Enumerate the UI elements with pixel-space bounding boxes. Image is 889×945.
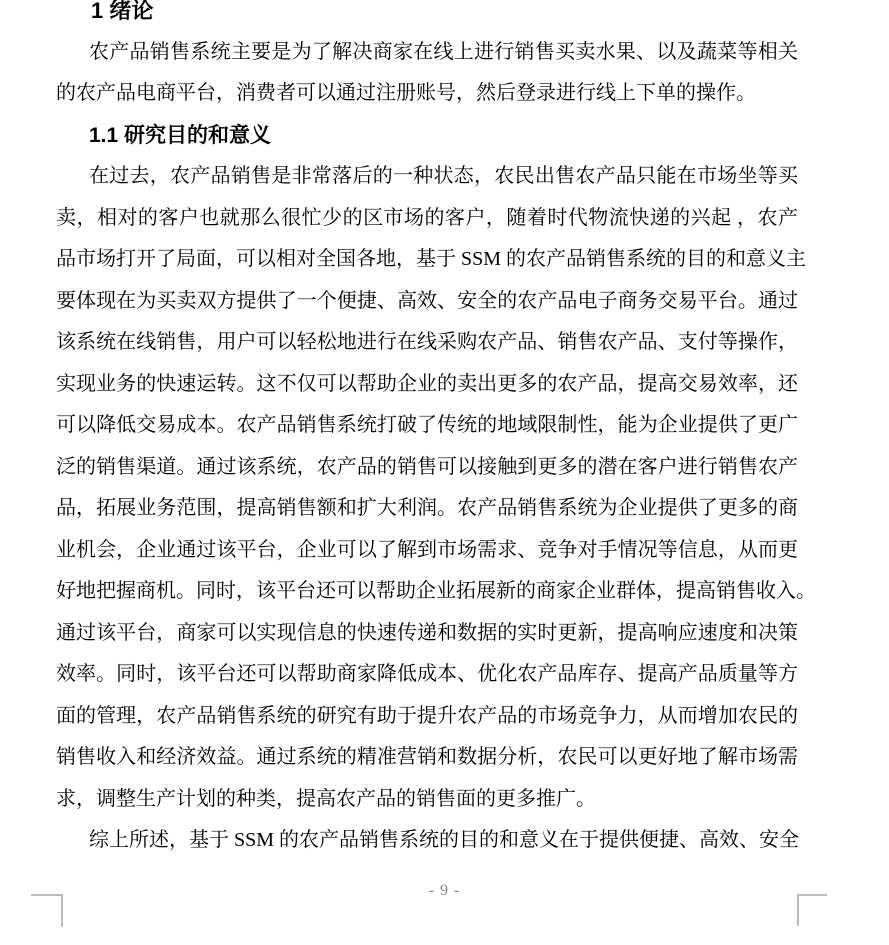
text-line: 通过该平台，商家可以实现信息的快速传递和数据的实时更新，提高响应速度和决策 [56, 613, 798, 655]
text-line: 品，拓展业务范围，提高销售额和扩大利润。农产品销售系统为企业提供了更多的商 [56, 488, 798, 530]
margin-crop-mark-right-vertical [797, 894, 799, 926]
margin-crop-mark-left-vertical [61, 894, 63, 927]
purpose-paragraph: 在过去，农产品销售是非常落后的一种状态，农民出售农产品只能在市场坐等买卖，相对的… [56, 156, 798, 820]
text-line: 销售收入和经济效益。通过系统的精准营销和数据分析，农民可以更好地了解市场需 [56, 737, 798, 779]
text-line: 要体现在为买卖双方提供了一个便捷、高效、安全的农产品电子商务交易平台。通过 [56, 281, 798, 323]
section-heading: 1 绪论 [56, 0, 798, 32]
text-line: 效率。同时，该平台还可以帮助商家降低成本、优化农产品库存、提高产品质量等方 [56, 654, 798, 696]
text-line: 求，调整生产计划的种类，提高农产品的销售面的更多推广。 [56, 779, 798, 821]
text-line: 面的管理，农产品销售系统的研究有助于提升农产品的市场竞争力，从而增加农民的 [56, 696, 798, 738]
text-line: 品市场打开了局面，可以相对全国各地，基于 SSM 的农产品销售系统的目的和意义主 [56, 239, 798, 281]
text-line: 农产品销售系统主要是为了解决商家在线上进行销售买卖水果、以及蔬菜等相关 [56, 32, 798, 74]
page-footer: - 9 - [0, 882, 889, 900]
page-body: 1 绪论 农产品销售系统主要是为了解决商家在线上进行销售买卖水果、以及蔬菜等相关… [56, 0, 798, 862]
page-number: - 9 - [429, 882, 461, 899]
document-page: 1 绪论 农产品销售系统主要是为了解决商家在线上进行销售买卖水果、以及蔬菜等相关… [0, 0, 889, 945]
summary-paragraph: 综上所述，基于 SSM 的农产品销售系统的目的和意义在于提供便捷、高效、安全 [56, 820, 798, 862]
text-line: 泛的销售渠道。通过该系统，农产品的销售可以接触到更多的潜在客户进行销售农产 [56, 447, 798, 489]
text-line: 实现业务的快速运转。这不仅可以帮助企业的卖出更多的农产品，提高交易效率，还 [56, 364, 798, 406]
text-line: 可以降低交易成本。农产品销售系统打破了传统的地域限制性，能为企业提供了更广 [56, 405, 798, 447]
text-line: 卖，相对的客户也就那么很忙少的区市场的客户，随着时代物流快递的兴起 ，农产 [56, 198, 798, 240]
text-line: 的农产品电商平台，消费者可以通过注册账号，然后登录进行线上下单的操作。 [56, 73, 798, 115]
text-line: 在过去，农产品销售是非常落后的一种状态，农民出售农产品只能在市场坐等买 [56, 156, 798, 198]
text-line: 综上所述，基于 SSM 的农产品销售系统的目的和意义在于提供便捷、高效、安全 [56, 820, 798, 862]
intro-paragraph: 农产品销售系统主要是为了解决商家在线上进行销售买卖水果、以及蔬菜等相关的农产品电… [56, 32, 798, 115]
margin-crop-mark-left-horizontal [31, 894, 62, 896]
text-line: 业机会，企业通过该平台，企业可以了解到市场需求、竞争对手情况等信息，从而更 [56, 530, 798, 572]
text-line: 该系统在线销售，用户可以轻松地进行在线采购农产品、销售农产品、支付等操作， [56, 322, 798, 364]
margin-crop-mark-right-horizontal [797, 894, 827, 896]
text-line: 好地把握商机。同时，该平台还可以帮助企业拓展新的商家企业群体，提高销售收入。 [56, 571, 798, 613]
subsection-heading: 1.1 研究目的和意义 [56, 115, 798, 157]
